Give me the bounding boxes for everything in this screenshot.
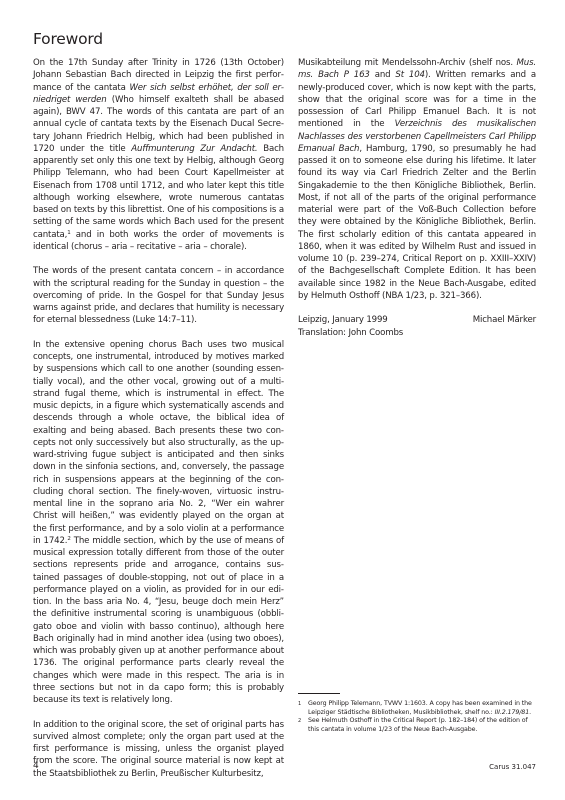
footnote-1: 1 Georg Philipp Telemann, TVWV 1:1603. A… [298,700,538,717]
paragraph-intro: On the 17th Sunday after Trinity in 1726… [33,57,284,253]
shelf-number: III.2.179/81 [495,709,530,716]
left-column: On the 17th Sunday after Trinity in 1726… [33,57,284,792]
author-name: Michael Märker [473,314,536,326]
catalog-number: Carus 31.047 [489,763,536,771]
shelf-number-2: St 104 [395,70,424,80]
page-number: 4 [33,761,39,771]
footnote-number: 2 [298,717,308,734]
translator-credit: Translation: John Coombs [298,327,536,339]
page-title: Foreword [33,30,103,48]
paragraph-words: The words of the present cantata concern… [33,265,284,326]
paragraph-sources: In addition to the original score, the s… [33,719,284,780]
place-date: Leipzig, January 1999 [298,314,388,326]
paragraph-opening-chorus: In the extensive opening chorus Bach use… [33,339,284,707]
footnote-number: 1 [298,700,308,717]
footnote-divider [298,693,340,694]
footnote-2: 2 See Helmuth Osthoff in the Critical Re… [298,717,538,734]
footnotes: 1 Georg Philipp Telemann, TVWV 1:1603. A… [298,693,538,735]
paragraph-sources-continued: Musikabteilung mit Mendelssohn-Archiv (s… [298,57,536,302]
book-title: Auffmunterung Zur Andacht. [131,144,257,154]
signature-line: Leipzig, January 1999 Michael Märker [298,314,536,326]
right-column: Musikabteilung mit Mendelssohn-Archiv (s… [298,57,536,339]
